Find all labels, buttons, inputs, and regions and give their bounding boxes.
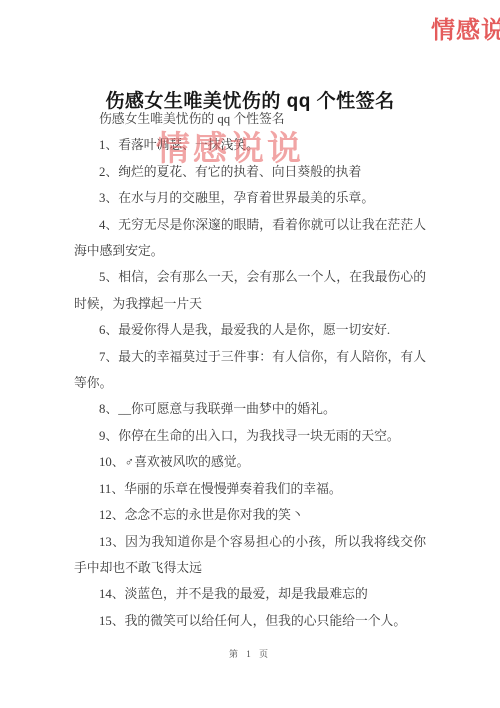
list-item: 11、华丽的乐章在慢慢弹奏着我们的幸福。: [74, 476, 426, 502]
corner-watermark: 情感说说: [431, 10, 500, 45]
list-item: 9、你停在生命的出入口，为我找寻一块无雨的天空。: [74, 423, 426, 449]
list-item: 3、在水与月的交融里，孕育着世界最美的乐章。: [74, 185, 426, 211]
list-item: 15、我的微笑可以给任何人，但我的心只能给一个人。: [74, 608, 426, 634]
subtitle: 伤感女生唯美忧伤的 qq 个性签名: [74, 106, 426, 132]
page-number: 第 1 页: [0, 647, 500, 660]
list-item: 1、看落叶凋瑟、一抹浅笑。: [74, 132, 426, 158]
list-item: 10、♂喜欢被风吹的感觉。: [74, 449, 426, 475]
list-item: 12、念念不忘的永世是你对我的笑丶: [74, 502, 426, 528]
list-item: 5、相信，会有那么一天，会有那么一个人，在我最伤心的时候，为我撑起一片天: [74, 264, 426, 317]
list-item: 8、__你可愿意与我联弹一曲梦中的婚礼。: [74, 396, 426, 422]
list-item: 2、绚烂的夏花、有它的执着、向日葵般的执着: [74, 159, 426, 185]
list-item: 13、因为我知道你是个容易担心的小孩，所以我将线交你手中却也不敢飞得太远: [74, 529, 426, 582]
list-item: 6、最爱你得人是我，最爱我的人是你，愿一切安好.: [74, 317, 426, 343]
document-page: 情感说说 伤感女生唯美忧伤的 qq 个性签名 情感说说 伤感女生唯美忧伤的 qq…: [0, 0, 500, 708]
list-item: 7、最大的幸福莫过于三件事：有人信你，有人陪你，有人等你。: [74, 344, 426, 397]
document-body: 伤感女生唯美忧伤的 qq 个性签名 1、看落叶凋瑟、一抹浅笑。 2、绚烂的夏花、…: [74, 106, 426, 634]
list-item: 14、淡蓝色，并不是我的最爱，却是我最难忘的: [74, 581, 426, 607]
list-item: 4、无穷无尽是你深邃的眼睛，看着你就可以让我在茫茫人海中感到安定。: [74, 212, 426, 265]
